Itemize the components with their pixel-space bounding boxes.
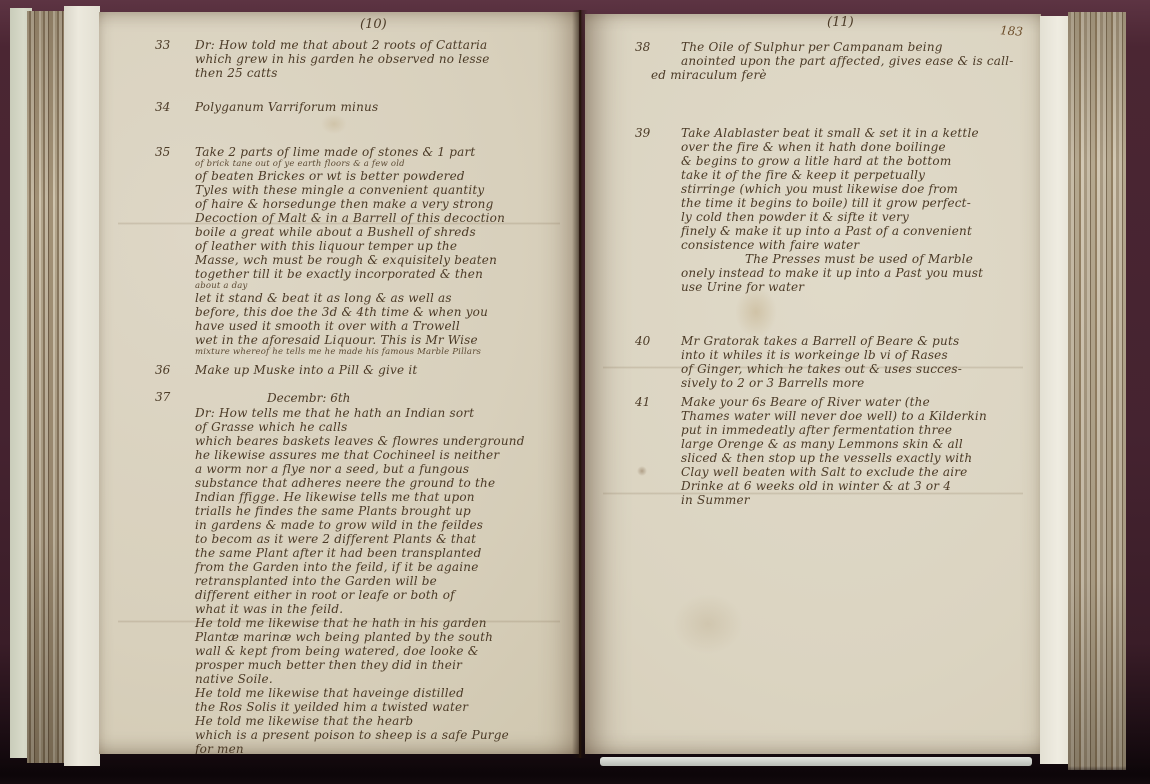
- manuscript-line: of brick tane out of ye earth floors & a…: [195, 159, 575, 169]
- entry-body: Make up Muske into a Pill & give it: [195, 363, 575, 378]
- manuscript-line: in gardens & made to grow wild in the fe…: [195, 518, 575, 532]
- manuscript-line: a worm nor a flye nor a seed, but a fung…: [195, 462, 575, 476]
- manuscript-line: Dr: How tells me that he hath an Indian …: [195, 406, 575, 420]
- manuscript-line: from the Garden into the feild, if it be…: [195, 560, 575, 574]
- manuscript-line: Thames water will never doe well) to a K…: [681, 409, 1037, 423]
- manuscript-entry-35: 35Take 2 parts of lime made of stones & …: [155, 145, 575, 357]
- manuscript-line: in Summer: [681, 493, 1037, 507]
- manuscript-line: sliced & then stop up the vessells exact…: [681, 451, 1037, 465]
- manuscript-line: boile a great while about a Bushell of s…: [195, 225, 575, 239]
- manuscript-line: together till it be exactly incorporated…: [195, 267, 575, 281]
- manuscript-line: trialls he findes the same Plants brough…: [195, 504, 575, 518]
- manuscript-line: let it stand & beat it as long & as well…: [195, 291, 575, 305]
- entry-body: Take 2 parts of lime made of stones & 1 …: [195, 145, 575, 357]
- manuscript-line: Mr Gratorak takes a Barrell of Beare & p…: [681, 334, 1037, 348]
- entry-number: 36: [155, 363, 195, 378]
- manuscript-line: Clay well beaten with Salt to exclude th…: [681, 465, 1037, 479]
- manuscript-entry-39: 39Take Alablaster beat it small & set it…: [635, 126, 1037, 294]
- manuscript-line: Drinke at 6 weeks old in winter & at 3 o…: [681, 479, 1037, 493]
- manuscript-entry-40: 40Mr Gratorak takes a Barrell of Beare &…: [635, 334, 1037, 390]
- manuscript-line: Plantæ marinæ wch being planted by the s…: [195, 630, 575, 644]
- manuscript-line: anointed upon the part affected, gives e…: [681, 54, 1037, 68]
- manuscript-line: finely & make it up into a Past of a con…: [681, 224, 1037, 238]
- book-binding: (10) 33Dr: How told me that about 2 root…: [0, 0, 1150, 784]
- page-number-right: (11): [827, 16, 1037, 30]
- manuscript-line: He told me likewise that he hath in his …: [195, 616, 575, 630]
- manuscript-line: stirringe (which you must likewise doe f…: [681, 182, 1037, 196]
- manuscript-line: which beares baskets leaves & flowres un…: [195, 434, 575, 448]
- entry-body: Polyganum Varriforum minus: [195, 100, 575, 115]
- manuscript-line: before, this doe the 3d & 4th time & whe…: [195, 305, 575, 319]
- manuscript-line: of Grasse which he calls: [195, 420, 575, 434]
- manuscript-line: The Presses must be used of Marble: [745, 252, 1037, 266]
- manuscript-line: the Ros Solis it yeilded him a twisted w…: [195, 700, 575, 714]
- page-number-left: (10): [360, 18, 575, 32]
- manuscript-line: retransplanted into the Garden will be: [195, 574, 575, 588]
- manuscript-line: to becom as it were 2 different Plants &…: [195, 532, 575, 546]
- manuscript-line: Make up Muske into a Pill & give it: [195, 363, 575, 377]
- entry-body: Dr: How told me that about 2 roots of Ca…: [195, 38, 575, 80]
- manuscript-line: of beaten Brickes or wt is better powder…: [195, 169, 575, 183]
- manuscript-line: which is a present poison to sheep is a …: [195, 728, 575, 742]
- page-right-content: (11) 38The Oile of Sulphur per Campanam …: [585, 14, 1041, 754]
- left-deckle-page-edges: [27, 11, 68, 763]
- manuscript-line: ly cold then powder it & sifte it very: [681, 210, 1037, 224]
- manuscript-line: for men: [195, 742, 575, 754]
- manuscript-line: substance that adheres neere the ground …: [195, 476, 575, 490]
- manuscript-line: He told me likewise that the hearb: [195, 714, 575, 728]
- entry-body: Make your 6s Beare of River water (theTh…: [681, 395, 1037, 507]
- entries-right: 38The Oile of Sulphur per Campanam being…: [635, 40, 1037, 507]
- manuscript-line: which grew in his garden he observed no …: [195, 52, 575, 66]
- manuscript-entry-34: 34Polyganum Varriforum minus: [155, 100, 575, 115]
- manuscript-line: of leather with this liquour temper up t…: [195, 239, 575, 253]
- fore-edge-page-block: [1068, 12, 1126, 770]
- manuscript-line: into it whiles it is workeinge lb vi of …: [681, 348, 1037, 362]
- entry-number: 33: [155, 38, 195, 80]
- manuscript-line: use Urine for water: [681, 280, 1037, 294]
- manuscript-line: wet in the aforesaid Liquour. This is Mr…: [195, 333, 575, 347]
- manuscript-line: He told me likewise that haveinge distil…: [195, 686, 575, 700]
- manuscript-line: sively to 2 or 3 Barrells more: [681, 376, 1037, 390]
- manuscript-line: Take 2 parts of lime made of stones & 1 …: [195, 145, 575, 159]
- manuscript-line: take it of the fire & keep it perpetuall…: [681, 168, 1037, 182]
- page-left-content: (10) 33Dr: How told me that about 2 root…: [99, 12, 579, 754]
- entry-number: 34: [155, 100, 195, 115]
- manuscript-line: about a day: [195, 281, 575, 291]
- manuscript-line: Dr: How told me that about 2 roots of Ca…: [195, 38, 575, 52]
- manuscript-line: what it was in the feild.: [195, 602, 575, 616]
- manuscript-line: he likewise assures me that Cochineel is…: [195, 448, 575, 462]
- manuscript-line: of Ginger, which he takes out & uses suc…: [681, 362, 1037, 376]
- manuscript-page-right: 183 (11) 38The Oile of Sulphur per Campa…: [585, 14, 1041, 754]
- right-page-edge-strip: [1040, 16, 1070, 764]
- entry-number: 39: [635, 126, 681, 294]
- manuscript-entry-36: 36Make up Muske into a Pill & give it: [155, 363, 575, 378]
- manuscript-line: Tyles with these mingle a convenient qua…: [195, 183, 575, 197]
- entry-body: Mr Gratorak takes a Barrell of Beare & p…: [681, 334, 1037, 390]
- manuscript-line: Polyganum Varriforum minus: [195, 100, 575, 114]
- manuscript-line: over the fire & when it hath done boilin…: [681, 140, 1037, 154]
- entry-date-heading: Decembr: 6th: [267, 390, 575, 406]
- manuscript-line: have used it smooth it over with a Trowe…: [195, 319, 575, 333]
- manuscript-line: The Oile of Sulphur per Campanam being: [681, 40, 1037, 54]
- manuscript-line: Indian ffigge. He likewise tells me that…: [195, 490, 575, 504]
- entry-body: Take Alablaster beat it small & set it i…: [681, 126, 1037, 294]
- entry-number: 41: [635, 395, 681, 507]
- manuscript-line: of haire & horsedunge then make a very s…: [195, 197, 575, 211]
- manuscript-line: wall & kept from being watered, doe look…: [195, 644, 575, 658]
- manuscript-line: Make your 6s Beare of River water (the: [681, 395, 1037, 409]
- manuscript-line: different either in root or leafe or bot…: [195, 588, 575, 602]
- left-page-edge-strip: [64, 6, 100, 766]
- bottom-shadow: [0, 766, 1150, 784]
- manuscript-line: onely instead to make it up into a Past …: [681, 266, 1037, 280]
- entry-number: 35: [155, 145, 195, 357]
- manuscript-line: Take Alablaster beat it small & set it i…: [681, 126, 1037, 140]
- manuscript-line: & begins to grow a litle hard at the bot…: [681, 154, 1037, 168]
- manuscript-page-left: (10) 33Dr: How told me that about 2 root…: [99, 12, 579, 754]
- entry-number: 40: [635, 334, 681, 390]
- manuscript-line: mixture whereof he tells me he made his …: [195, 347, 575, 357]
- entry-body: Decembr: 6thDr: How tells me that he hat…: [195, 390, 575, 754]
- entry-number: 37: [155, 390, 195, 754]
- manuscript-line: Decoction of Malt & in a Barrell of this…: [195, 211, 575, 225]
- manuscript-line: the same Plant after it had been transpl…: [195, 546, 575, 560]
- entries-left: 33Dr: How told me that about 2 roots of …: [155, 38, 575, 754]
- manuscript-line: the time it begins to boile) till it gro…: [681, 196, 1037, 210]
- manuscript-entry-37: 37Decembr: 6thDr: How tells me that he h…: [155, 390, 575, 754]
- manuscript-line: Masse, wch must be rough & exquisitely b…: [195, 253, 575, 267]
- manuscript-entry-41: 41Make your 6s Beare of River water (the…: [635, 395, 1037, 507]
- manuscript-entry-38: 38The Oile of Sulphur per Campanam being…: [635, 40, 1037, 82]
- manuscript-line: put in immedeatly after fermentation thr…: [681, 423, 1037, 437]
- manuscript-entry-33: 33Dr: How told me that about 2 roots of …: [155, 38, 575, 80]
- manuscript-line: consistence with faire water: [681, 238, 1037, 252]
- manuscript-line: large Orenge & as many Lemmons skin & al…: [681, 437, 1037, 451]
- manuscript-line: ed miraculum ferè: [651, 68, 1037, 82]
- lower-page-edge: [600, 757, 1032, 766]
- manuscript-line: prosper much better then they did in the…: [195, 658, 575, 672]
- manuscript-line: native Soile.: [195, 672, 575, 686]
- entry-body: The Oile of Sulphur per Campanam beingan…: [681, 40, 1037, 82]
- manuscript-line: then 25 catts: [195, 66, 575, 80]
